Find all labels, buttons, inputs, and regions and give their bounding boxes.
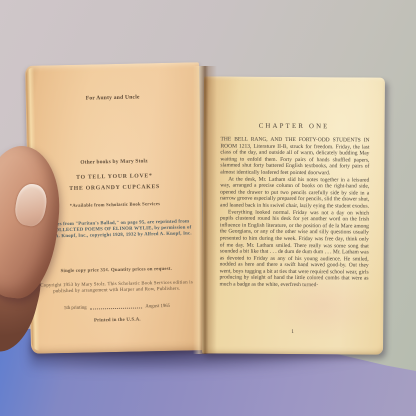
body-text: THE BELL RANG, AND THE FORTY-ODD STUDENT… xyxy=(219,136,369,289)
printing-label: 5th printing xyxy=(64,306,87,311)
printing-line: 5th printing August 1965 xyxy=(64,304,170,311)
printed-in-note: Printed in the U.S.A. xyxy=(30,316,204,325)
photo-scene: For Aunty and Uncle Other books by Mary … xyxy=(0,0,416,416)
chapter-heading: CHAPTER ONE xyxy=(204,122,385,130)
permission-notice: The lines from "Puritan's Ballad," on pa… xyxy=(37,219,193,241)
copyright-notice: Copyright 1953 by Mary Stolz. This Schol… xyxy=(38,280,196,296)
price-note: Single copy price 35¢. Quantity prices o… xyxy=(29,266,203,275)
dotted-leader xyxy=(90,306,143,309)
gutter-shadow xyxy=(193,66,217,354)
body-paragraph-3: Everything looked normal. Friday was not… xyxy=(219,209,369,289)
body-paragraph-2: At the desk, Mr. Latham slid his notes t… xyxy=(220,176,369,210)
page-number: 1 xyxy=(202,328,383,335)
body-paragraph-1: THE BELL RANG, AND THE FORTY-ODD STUDENT… xyxy=(220,136,369,177)
dedication-text: For Aunty and Uncle xyxy=(26,93,200,103)
printing-date: August 1965 xyxy=(145,304,170,310)
right-page: CHAPTER ONE THE BELL RANG, AND THE FORTY… xyxy=(202,76,385,354)
other-books-heading: Other books by Mary Stolz xyxy=(27,157,201,167)
